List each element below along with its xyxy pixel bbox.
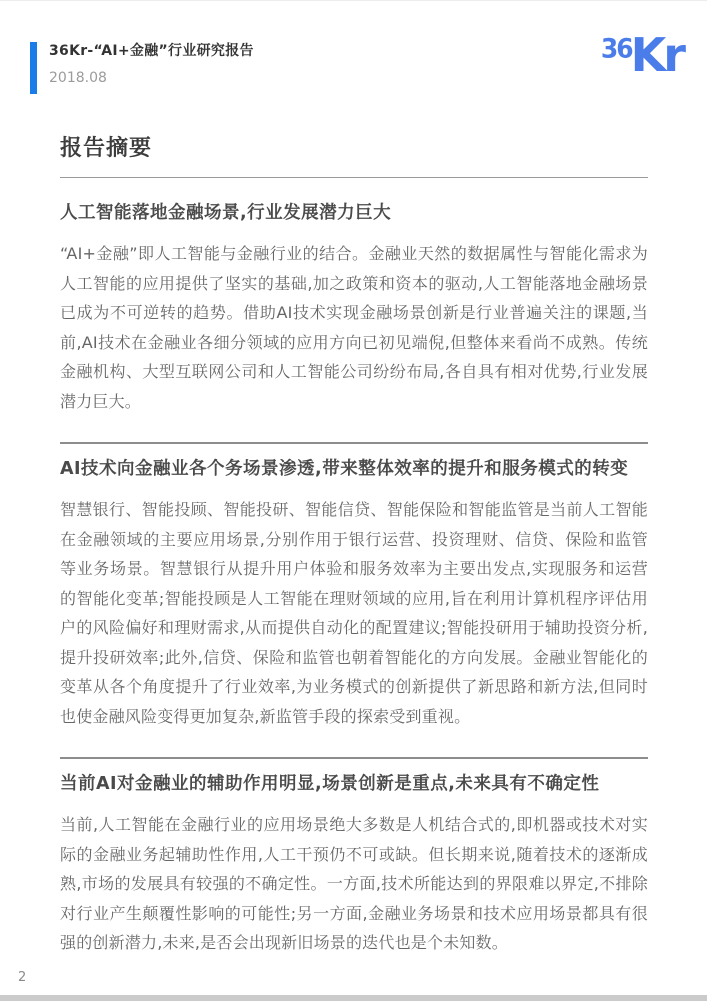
- section-body-2: 智慧银行、智能投顾、智能投研、智能信贷、智能保险和智能监管是当前人工智能在金融领…: [60, 495, 648, 731]
- section-heading-2: AI技术向金融业各个务场景渗透,带来整体效率的提升和服务模式的转变: [60, 442, 648, 481]
- page-number: 2: [18, 970, 26, 985]
- section-ai-assist-role: 当前AI对金融业的辅助作用明显,场景创新是重点,未来具有不确定性 当前,人工智能…: [60, 757, 648, 958]
- bottom-divider-bar: [0, 995, 707, 1001]
- report-header-date: 2018.08: [49, 69, 254, 87]
- section-body-1: “AI+金融”即人工智能与金融行业的结合。金融业天然的数据属性与智能化需求为人工…: [60, 239, 648, 416]
- report-content: 报告摘要 人工智能落地金融场景,行业发展潜力巨大 “AI+金融”即人工智能与金融…: [60, 131, 648, 958]
- report-header-title: 36Kr-“AI+金融”行业研究报告: [49, 41, 254, 61]
- section-ai-penetration: AI技术向金融业各个务场景渗透,带来整体效率的提升和服务模式的转变 智慧银行、智…: [60, 442, 648, 731]
- section-body-3: 当前,人工智能在金融行业的应用场景绝大多数是人机结合式的,即机器或技术对实际的金…: [60, 810, 648, 958]
- section-heading-3: 当前AI对金融业的辅助作用明显,场景创新是重点,未来具有不确定性: [60, 757, 648, 796]
- 36kr-logo: 36 Kr: [601, 35, 683, 75]
- header-text-block: 36Kr-“AI+金融”行业研究报告 2018.08: [49, 41, 254, 87]
- section-heading-1: 人工智能落地金融场景,行业发展潜力巨大: [60, 201, 648, 225]
- report-summary-title: 报告摘要: [60, 131, 648, 178]
- header-accent-bar: [30, 42, 37, 94]
- report-page: 36Kr-“AI+金融”行业研究报告 2018.08 36 Kr 报告摘要 人工…: [0, 0, 707, 1001]
- logo-kr-part: Kr: [631, 35, 683, 75]
- page-header: 36Kr-“AI+金融”行业研究报告 2018.08 36 Kr: [30, 41, 687, 97]
- section-ai-landing-finance: 人工智能落地金融场景,行业发展潜力巨大 “AI+金融”即人工智能与金融行业的结合…: [60, 201, 648, 416]
- logo-36-part: 36: [601, 37, 632, 60]
